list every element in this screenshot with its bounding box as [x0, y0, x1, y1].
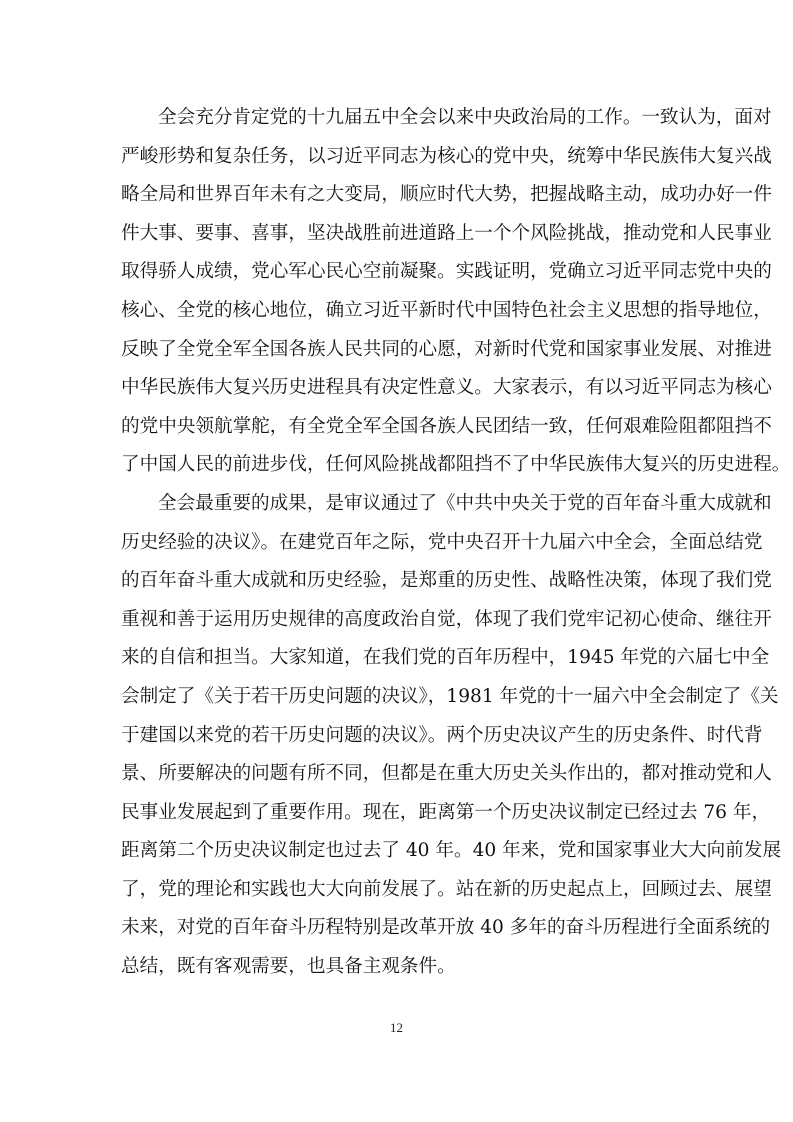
text-line: 的百年奋斗重大成就和历史经验，是郑重的历史性、战略性决策，体现了我们党 — [121, 562, 676, 601]
text-line: 反映了全党全军全国各族人民共同的心愿，对新时代党和国家事业发展、对推进 — [121, 331, 676, 370]
text-line: 略全局和世界百年未有之大变局，顺应时代大势，把握战略主动，成功办好一件 — [121, 176, 676, 215]
paragraph-1: 全会充分肯定党的十九届五中全会以来中央政治局的工作。一致认为，面对 严峻形势和复… — [121, 99, 676, 485]
paragraph-2: 全会最重要的成果，是审议通过了《中共中央关于党的百年奋斗重大成就和 历史经验的决… — [121, 485, 676, 987]
text-line: 全会最重要的成果，是审议通过了《中共中央关于党的百年奋斗重大成就和 — [121, 485, 676, 524]
text-line: 景、所要解决的问题有所不同，但都是在重大历史关头作出的，都对推动党和人 — [121, 755, 676, 794]
document-page: 全会充分肯定党的十九届五中全会以来中央政治局的工作。一致认为，面对 严峻形势和复… — [0, 0, 793, 1122]
text-line: 中华民族伟大复兴历史进程具有决定性意义。大家表示，有以习近平同志为核心 — [121, 369, 676, 408]
text-line: 来的自信和担当。大家知道，在我们党的百年历程中，1945 年党的六届七中全 — [121, 639, 676, 678]
text-line: 历史经验的决议》。在建党百年之际，党中央召开十九届六中全会，全面总结党 — [121, 524, 676, 563]
text-line: 了中国人民的前进步伐，任何风险挑战都阻挡不了中华民族伟大复兴的历史进程。 — [121, 446, 676, 485]
text-line: 会制定了《关于若干历史问题的决议》，1981 年党的十一届六中全会制定了《关 — [121, 678, 676, 717]
text-line: 的党中央领航掌舵，有全党全军全国各族人民团结一致，任何艰难险阻都阻挡不 — [121, 408, 676, 447]
text-line: 民事业发展起到了重要作用。现在，距离第一个历史决议制定已经过去 76 年， — [121, 794, 676, 833]
text-line: 总结，既有客观需要，也具备主观条件。 — [121, 948, 676, 987]
text-line: 了，党的理论和实践也大大向前发展了。站在新的历史起点上，回顾过去、展望 — [121, 871, 676, 910]
text-line: 重视和善于运用历史规律的高度政治自觉，体现了我们党牢记初心使命、继往开 — [121, 601, 676, 640]
body-text: 全会充分肯定党的十九届五中全会以来中央政治局的工作。一致认为，面对 严峻形势和复… — [121, 99, 676, 987]
page-number: 12 — [0, 1020, 793, 1036]
text-line: 于建国以来党的若干历史问题的决议》。两个历史决议产生的历史条件、时代背 — [121, 717, 676, 756]
text-line: 件大事、要事、喜事，坚决战胜前进道路上一个个风险挑战，推动党和人民事业 — [121, 215, 676, 254]
text-line: 距离第二个历史决议制定也过去了 40 年。40 年来，党和国家事业大大向前发展 — [121, 832, 676, 871]
text-line: 全会充分肯定党的十九届五中全会以来中央政治局的工作。一致认为，面对 — [121, 99, 676, 138]
text-line: 未来，对党的百年奋斗历程特别是改革开放 40 多年的奋斗历程进行全面系统的 — [121, 909, 676, 948]
text-line: 严峻形势和复杂任务，以习近平同志为核心的党中央，统筹中华民族伟大复兴战 — [121, 138, 676, 177]
text-line: 取得骄人成绩，党心军心民心空前凝聚。实践证明，党确立习近平同志党中央的 — [121, 253, 676, 292]
text-line: 核心、全党的核心地位，确立习近平新时代中国特色社会主义思想的指导地位， — [121, 292, 676, 331]
